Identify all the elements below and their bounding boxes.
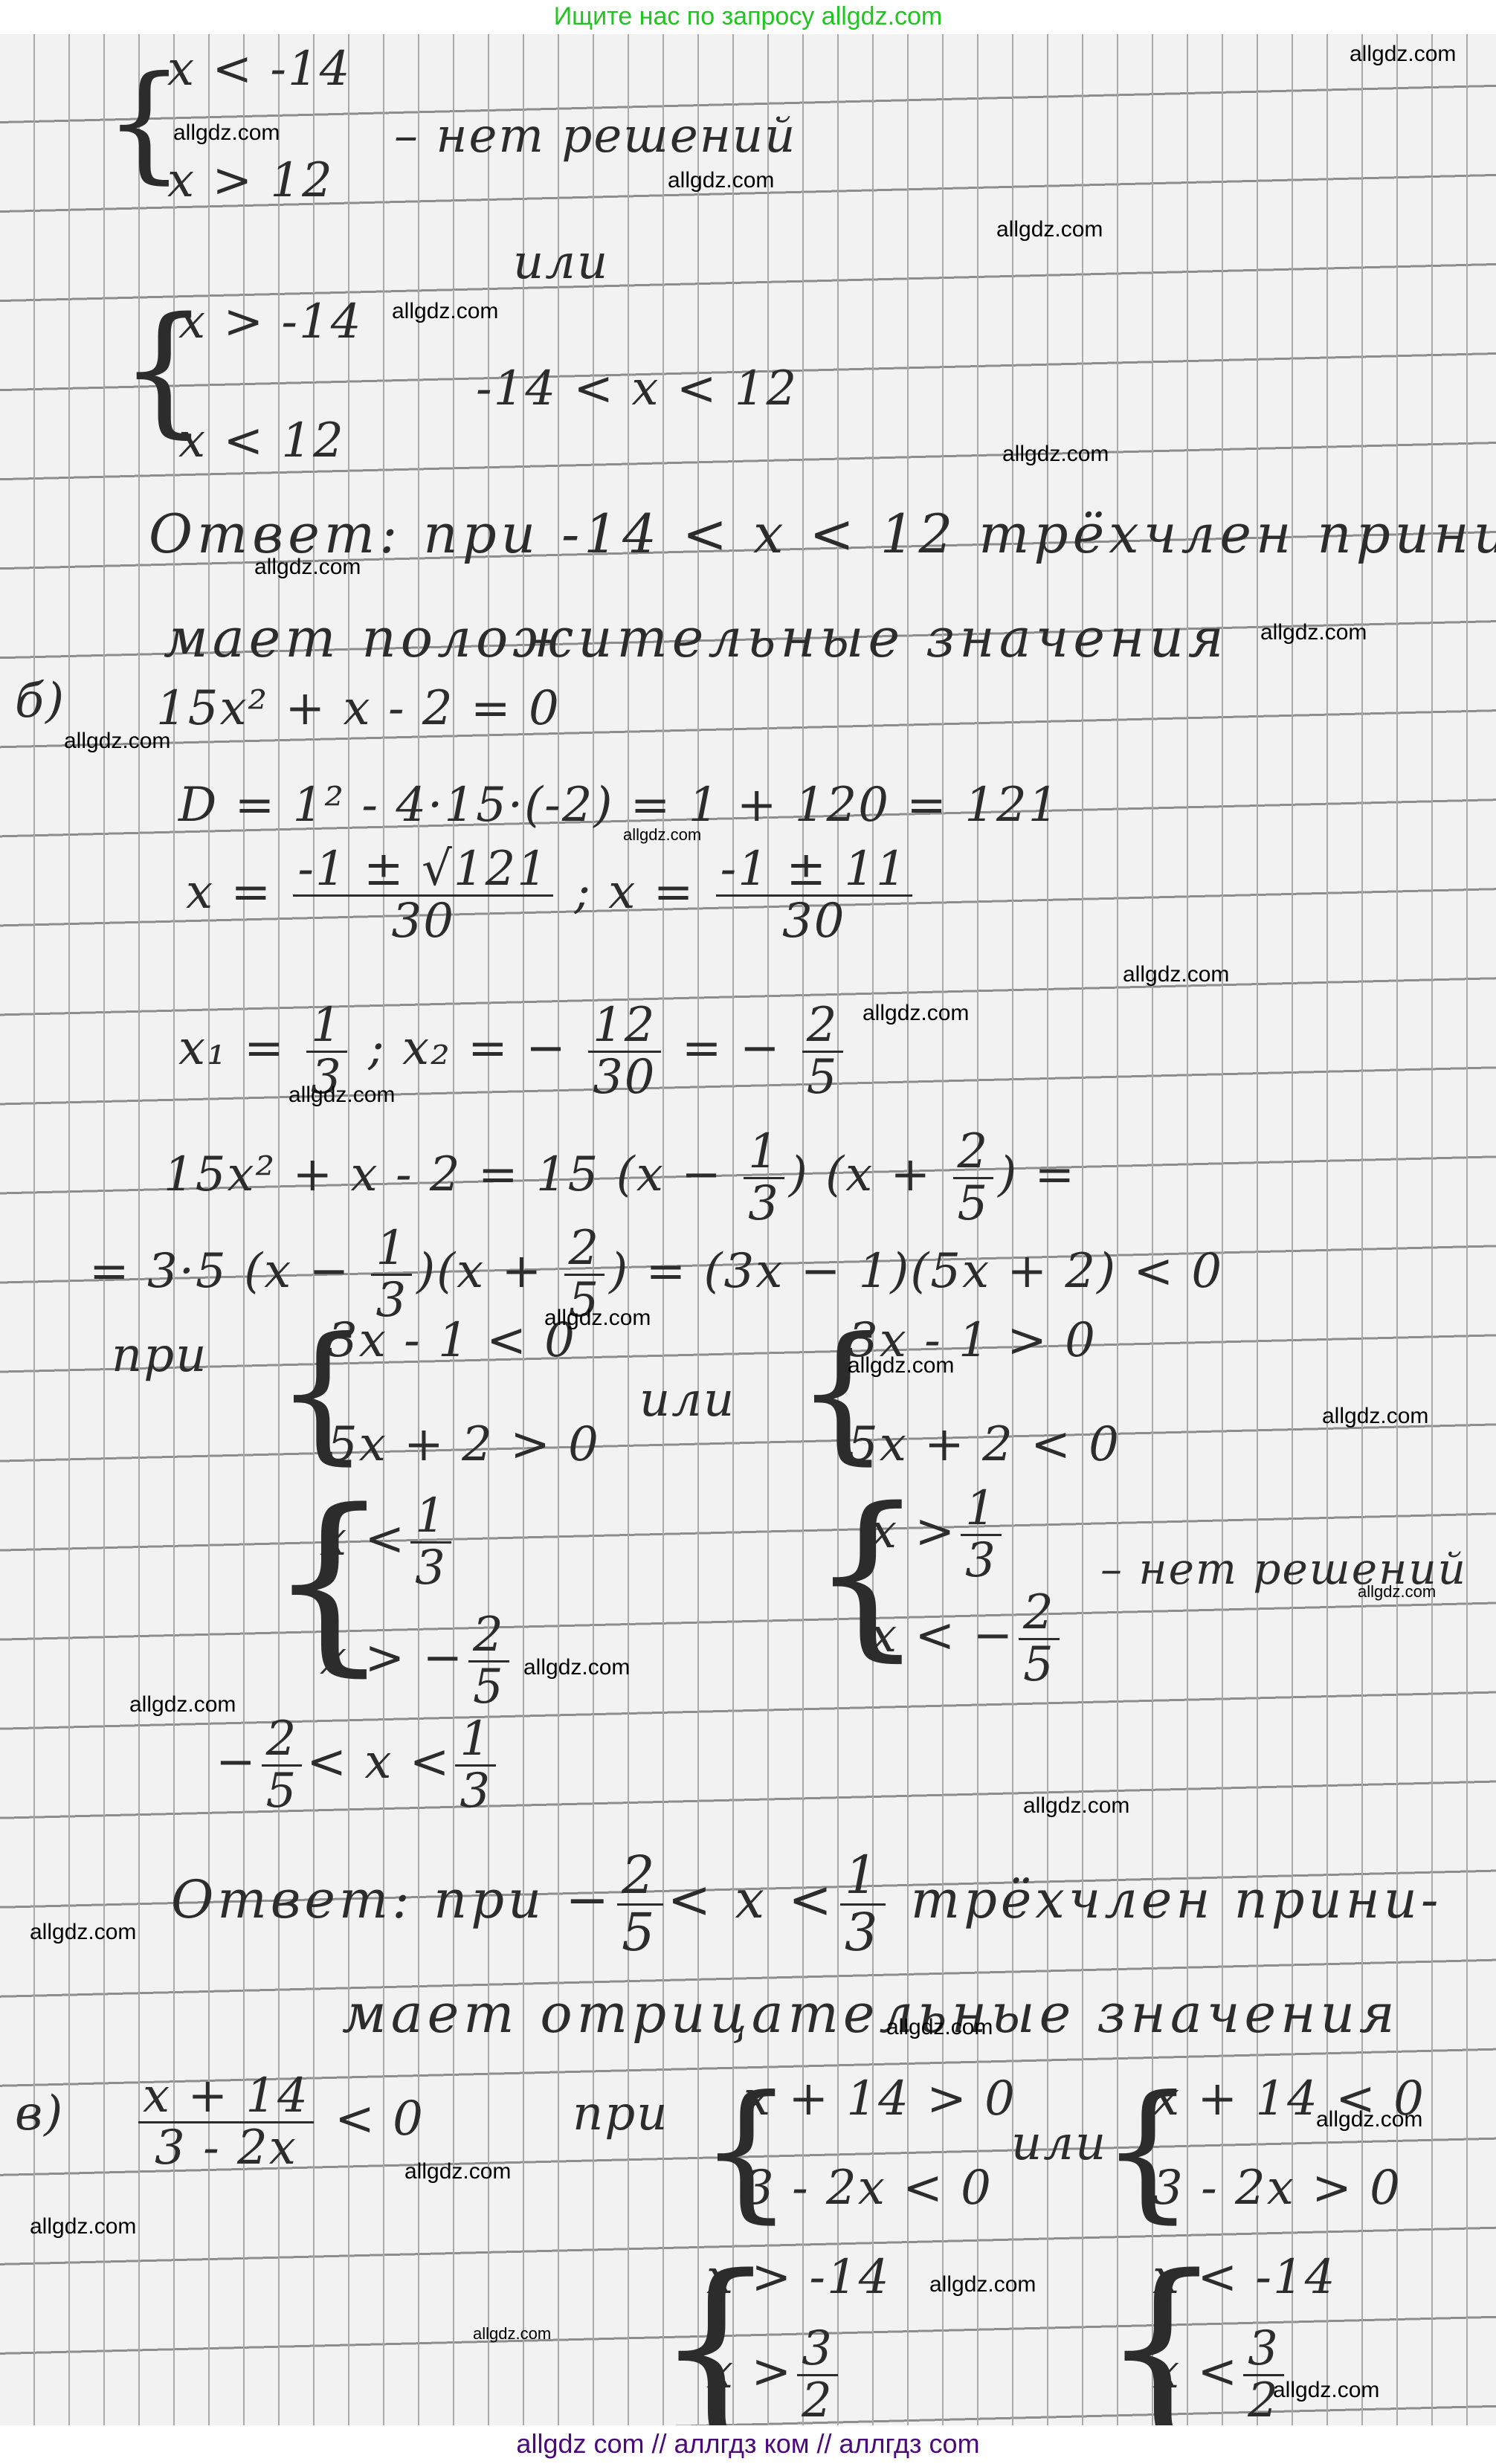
system1-line2: x > 12 — [167, 153, 334, 208]
part-c-label: в) — [15, 2086, 64, 2141]
watermark: allgdz.com — [392, 299, 498, 324]
system9-line2: x >32 — [706, 2324, 842, 2425]
part: x < − — [870, 1608, 1014, 1663]
part: − — [216, 1735, 257, 1790]
system2-line1: x > -14 — [178, 294, 362, 349]
watermark: allgdz.com — [30, 1920, 136, 1945]
watermark: allgdz.com — [1350, 42, 1456, 67]
watermark: allgdz.com — [129, 1692, 236, 1718]
pri-word: при — [112, 1328, 207, 1383]
watermark: allgdz.com — [1123, 962, 1229, 987]
part: < x < — [306, 1735, 451, 1790]
watermark: allgdz.com — [1358, 1582, 1436, 1602]
part-c-fraction: x + 143 - 2x < 0 — [134, 2071, 425, 2173]
part: x > — [870, 1504, 956, 1559]
top-banner: Ищите нас по запросу allgdz.com — [0, 0, 1496, 34]
answer-a-line2: мает положительные значения — [164, 607, 1228, 669]
system6-line1: x >13 — [870, 1484, 1006, 1586]
system6-line2: x < −25 — [870, 1588, 1064, 1690]
watermark: allgdz.com — [1260, 620, 1367, 645]
system10-line2: x <32 — [1152, 2324, 1289, 2425]
num: 2 — [564, 1224, 605, 1276]
watermark: allgdz.com — [623, 825, 701, 845]
part: 15x² + x - 2 = 15 — [164, 1147, 599, 1202]
or-word: или — [1011, 2116, 1107, 2171]
watermark: allgdz.com — [863, 1001, 969, 1026]
num: 3 — [797, 2324, 838, 2376]
watermark: allgdz.com — [1322, 1404, 1428, 1429]
watermark: allgdz.com — [473, 2324, 551, 2344]
num: 2 — [262, 1715, 303, 1767]
part: ) (x + — [789, 1147, 949, 1202]
system4-line2: 5x + 2 < 0 — [848, 1417, 1121, 1472]
watermark: allgdz.com — [886, 2015, 993, 2040]
part: трёхчлен прини- — [911, 1869, 1442, 1930]
num: 2 — [802, 1001, 843, 1053]
part: < x < — [668, 1869, 836, 1930]
den: 3 — [965, 1536, 997, 1586]
watermark: allgdz.com — [1023, 1793, 1129, 1819]
interval-b: −25< x <13 — [216, 1715, 500, 1816]
notebook-page: { x < -14 x > 12 – нет решений или { x >… — [0, 34, 1496, 2425]
watermark: allgdz.com — [1273, 2378, 1379, 2403]
num: 2 — [953, 1127, 994, 1179]
part: x < — [1152, 2344, 1239, 2399]
num: -1 ± 11 — [716, 845, 912, 897]
eq: = − — [682, 1021, 781, 1076]
num: 1 — [744, 1127, 784, 1179]
den: 5 — [958, 1179, 990, 1229]
x-eq: x = — [608, 865, 694, 920]
den: 30 — [782, 897, 845, 946]
watermark: allgdz.com — [288, 1083, 395, 1108]
discriminant: D = 1² - 4·15·(-2) = 1 + 120 = 121 — [178, 778, 1060, 833]
x-eq: x = — [186, 865, 272, 920]
part: < 0 — [335, 2092, 425, 2147]
num: -1 ± √121 — [293, 845, 553, 897]
den: 30 — [593, 1053, 656, 1103]
den: 5 — [807, 1053, 839, 1103]
bottom-banner: allgdz com // аллгдз ком // аллгдз com — [0, 2425, 1496, 2464]
system10-line1: x < -14 — [1152, 2250, 1336, 2305]
part: x > — [706, 2344, 793, 2399]
num: 1 — [840, 1848, 886, 1906]
x2-eq: x₂ = − — [402, 1021, 567, 1076]
watermark: allgdz.com — [523, 1655, 630, 1680]
watermark: allgdz.com — [254, 555, 361, 580]
watermark: allgdz.com — [996, 217, 1103, 242]
den: 3 - 2x — [155, 2123, 297, 2173]
num: 1 — [961, 1484, 1002, 1536]
part: (x − — [616, 1147, 739, 1202]
num: 1 — [306, 1001, 347, 1053]
system2-line2: x < 12 — [178, 413, 345, 468]
watermark: allgdz.com — [668, 168, 774, 193]
num: 1 — [371, 1224, 412, 1276]
watermark: allgdz.com — [30, 2214, 136, 2239]
den: 30 — [391, 897, 454, 946]
system3-line2: 5x + 2 > 0 — [327, 1417, 600, 1472]
system5-line1: x <13 — [320, 1491, 456, 1593]
num: 2 — [468, 1610, 509, 1662]
system3-line1: 3x - 1 < 0 — [327, 1313, 576, 1368]
watermark: allgdz.com — [848, 1353, 954, 1378]
den: 3 — [845, 1906, 882, 1961]
or-word: или — [639, 1373, 735, 1428]
system7-line2: 3 - 2x < 0 — [744, 2161, 993, 2216]
den: 2 — [802, 2376, 834, 2425]
den: 5 — [473, 1662, 505, 1712]
num: 3 — [1243, 2324, 1284, 2376]
part: = 3·5 (x − — [89, 1244, 367, 1299]
watermark: allgdz.com — [173, 120, 280, 146]
part-b-equation: 15x² + x - 2 = 0 — [156, 681, 561, 736]
den: 5 — [622, 1906, 659, 1961]
den: 3 — [415, 1544, 447, 1593]
den: 3 — [460, 1767, 491, 1816]
part: Ответ: при − — [171, 1869, 613, 1930]
answer-b-line1: Ответ: при −25< x <13 трёхчлен прини- — [171, 1848, 1442, 1960]
num: 12 — [588, 1001, 660, 1053]
den: 5 — [1023, 1640, 1055, 1690]
system8-line2: 3 - 2x > 0 — [1152, 2161, 1402, 2216]
system9-line1: x > -14 — [706, 2250, 890, 2305]
watermark: allgdz.com — [544, 1306, 651, 1331]
num: x + 14 — [138, 2071, 314, 2123]
part-b-label: б) — [15, 674, 65, 729]
pri-word: при — [573, 2086, 668, 2141]
watermark: allgdz.com — [1002, 442, 1109, 467]
num: 2 — [617, 1848, 663, 1906]
den: 3 — [748, 1179, 780, 1229]
system1-line1: x < -14 — [167, 42, 351, 97]
answer-b-line2: мает отрицательные значения — [342, 1982, 1399, 2045]
watermark: allgdz.com — [404, 2159, 511, 2184]
roots-formula: x = -1 ± √12130 ; x = -1 ± 1130 — [186, 845, 917, 946]
part: ) = (3x − 1)(5x + 2) < 0 — [609, 1244, 1223, 1299]
part: ) = — [998, 1147, 1076, 1202]
watermark: allgdz.com — [1316, 2107, 1422, 2132]
roots: x₁ = 13 ; x₂ = − 1230 = − 25 — [178, 1001, 848, 1103]
watermark: allgdz.com — [929, 2272, 1036, 2297]
x1-eq: x₁ = — [178, 1021, 286, 1076]
or-word: или — [513, 235, 609, 290]
num: 1 — [410, 1491, 451, 1544]
part: )(x + — [416, 1244, 559, 1299]
part: x < — [320, 1512, 406, 1567]
num: 1 — [455, 1715, 496, 1767]
interval-a: -14 < x < 12 — [476, 361, 798, 416]
den: 5 — [266, 1767, 298, 1816]
no-solutions-note: – нет решений — [394, 109, 796, 164]
factorization-line2: = 3·5 (x − 13)(x + 25) = (3x − 1)(5x + 2… — [89, 1224, 1223, 1326]
sep: ; — [368, 1021, 386, 1076]
sep: ; — [574, 865, 592, 920]
factorization-line1: 15x² + x - 2 = 15 (x − 13) (x + 25) = — [164, 1127, 1076, 1229]
system7-line1: x + 14 > 0 — [744, 2071, 1016, 2126]
part: x > − — [320, 1631, 464, 1686]
num: 2 — [1019, 1588, 1060, 1640]
system5-line2: x > −25 — [320, 1610, 514, 1712]
watermark: allgdz.com — [64, 729, 170, 754]
